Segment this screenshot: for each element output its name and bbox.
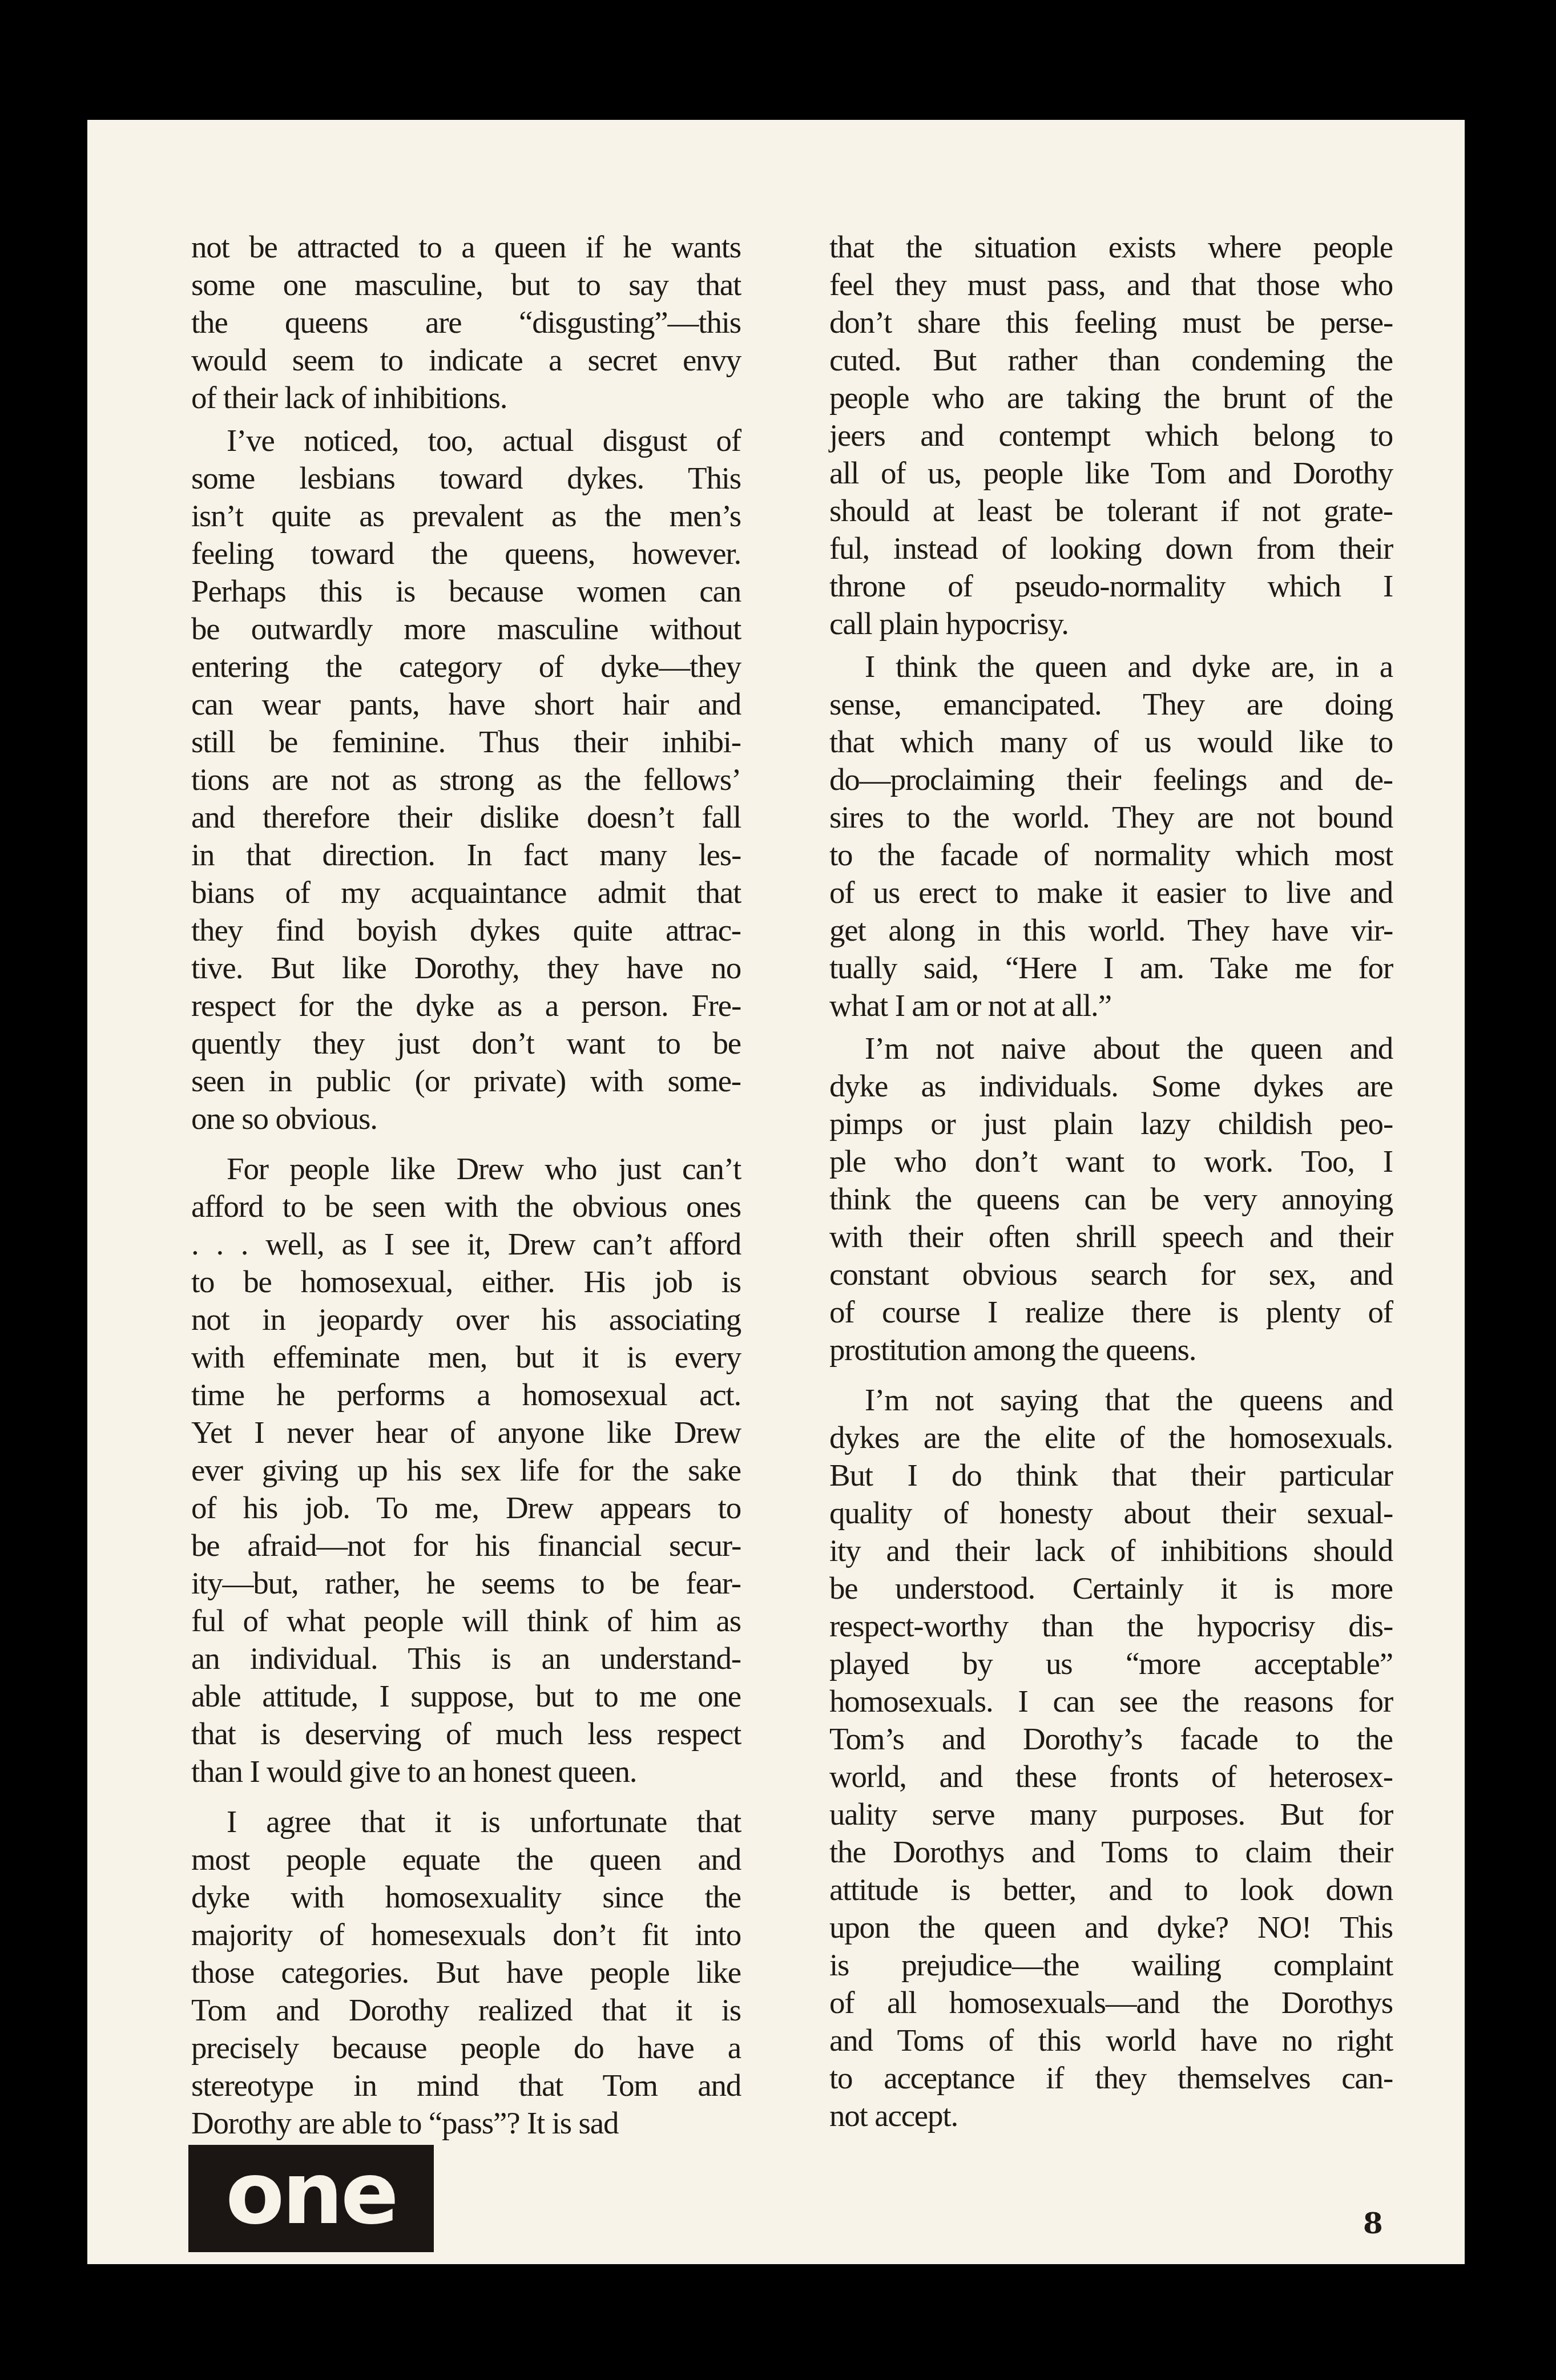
text-line: sires to the world. They are not bound — [829, 798, 1393, 836]
text-line: upon the queen and dyke? NO! This — [829, 1909, 1393, 1946]
paragraph: I’m not saying that the queens anddykes … — [829, 1381, 1393, 2135]
text-line: most people equate the queen and — [191, 1841, 741, 1878]
text-line: than I would give to an honest queen. — [191, 1753, 741, 1790]
text-line: bians of my acquaintance admit that — [191, 874, 741, 911]
text-line: Yet I never hear of anyone like Drew — [191, 1414, 741, 1451]
text-line: ful of what people will think of him as — [191, 1602, 741, 1640]
text-line: ity—but, rather, he seems to be fear- — [191, 1564, 741, 1602]
text-line: cuted. But rather than condeming the — [829, 341, 1393, 379]
text-line: prostitution among the queens. — [829, 1331, 1393, 1369]
text-line: what I am or not at all.” — [829, 987, 1393, 1024]
text-line: entering the category of dyke—they — [191, 648, 741, 685]
text-line: tions are not as strong as the fellows’ — [191, 761, 741, 798]
text-line: feeling toward the queens, however. — [191, 535, 741, 572]
text-line: Tom and Dorothy realized that it is — [191, 1991, 741, 2029]
paragraph: that the situation exists where peoplefe… — [829, 228, 1393, 643]
text-line: attitude is better, and to look down — [829, 1871, 1393, 1909]
text-line: pimps or just plain lazy childish peo- — [829, 1105, 1393, 1143]
paragraph: I agree that it is unfortunate thatmost … — [191, 1803, 741, 2142]
text-line: seen in public (or private) with some- — [191, 1062, 741, 1100]
text-line: ever giving up his sex life for the sake — [191, 1451, 741, 1489]
text-line: Dorothy are able to “pass”? It is sad — [191, 2104, 741, 2142]
text-line: world, and these fronts of heterosex- — [829, 1758, 1393, 1796]
paragraph: I’m not naive about the queen anddyke as… — [829, 1030, 1393, 1369]
text-line: that the situation exists where people — [829, 228, 1393, 266]
text-line: of their lack of inhibitions. — [191, 379, 741, 417]
paragraph: For people like Drew who just can’taffor… — [191, 1150, 741, 1790]
text-line: jeers and contempt which belong to — [829, 417, 1393, 454]
text-line: can wear pants, have short hair and — [191, 685, 741, 723]
text-line: still be feminine. Thus their inhibi- — [191, 723, 741, 761]
right-text-column: that the situation exists where peoplefe… — [829, 228, 1393, 2135]
text-line: respect for the dyke as a person. Fre- — [191, 987, 741, 1024]
text-line: I’m not saying that the queens and — [829, 1381, 1393, 1419]
text-line: not be attracted to a queen if he wants — [191, 228, 741, 266]
text-line: . . . well, as I see it, Drew can’t affo… — [191, 1225, 741, 1263]
text-line: people who are taking the brunt of the — [829, 379, 1393, 417]
text-line: ity and their lack of inhibitions should — [829, 1532, 1393, 1570]
text-line: I’ve noticed, too, actual disgust of — [191, 422, 741, 459]
text-line: and therefore their dislike doesn’t fall — [191, 798, 741, 836]
text-line: not in jeopardy over his associating — [191, 1301, 741, 1338]
text-line: I’m not naive about the queen and — [829, 1030, 1393, 1067]
text-line: tive. But like Dorothy, they have no — [191, 949, 741, 987]
text-line: would seem to indicate a secret envy — [191, 341, 741, 379]
text-line: an individual. This is an understand- — [191, 1640, 741, 1677]
text-line: some one masculine, but to say that — [191, 266, 741, 304]
text-line: be outwardly more masculine without — [191, 610, 741, 648]
text-line: be afraid—not for his financial secur- — [191, 1527, 741, 1564]
paragraph: I think the queen and dyke are, in asens… — [829, 648, 1393, 1024]
text-line: quality of honesty about their sexual- — [829, 1494, 1393, 1532]
text-line: isn’t quite as prevalent as the men’s — [191, 497, 741, 535]
text-line: sense, emancipated. They are doing — [829, 685, 1393, 723]
text-line: do—proclaiming their feelings and de- — [829, 761, 1393, 798]
text-line: is prejudice—the wailing complaint — [829, 1946, 1393, 1984]
text-line: dyke with homosexuality since the — [191, 1878, 741, 1916]
text-line: to acceptance if they themselves can- — [829, 2059, 1393, 2097]
text-line: some lesbians toward dykes. This — [191, 459, 741, 497]
text-line: one so obvious. — [191, 1100, 741, 1137]
text-line: that which many of us would like to — [829, 723, 1393, 761]
text-line: tually said, “Here I am. Take me for — [829, 949, 1393, 987]
text-line: with their often shrill speech and their — [829, 1218, 1393, 1256]
text-line: respect-worthy than the hypocrisy dis- — [829, 1607, 1393, 1645]
text-line: those categories. But have people like — [191, 1954, 741, 1991]
logo-text: one — [225, 2151, 397, 2237]
text-line: stereotype in mind that Tom and — [191, 2067, 741, 2104]
text-line: the queens are “disgusting”—this — [191, 304, 741, 341]
text-line: able attitude, I suppose, but to me one — [191, 1677, 741, 1715]
magazine-page: not be attracted to a queen if he wantss… — [87, 120, 1465, 2264]
text-line: call plain hypocrisy. — [829, 605, 1393, 643]
text-line: played by us “more acceptable” — [829, 1645, 1393, 1683]
paragraph: not be attracted to a queen if he wantss… — [191, 228, 741, 417]
text-line: afford to be seen with the obvious ones — [191, 1188, 741, 1225]
text-line: should at least be tolerant if not grate… — [829, 492, 1393, 530]
text-line: all of us, people like Tom and Dorothy — [829, 454, 1393, 492]
text-line: with effeminate men, but it is every — [191, 1338, 741, 1376]
text-line: to be homosexual, either. His job is — [191, 1263, 741, 1301]
text-line: quently they just don’t want to be — [191, 1024, 741, 1062]
text-line: constant obvious search for sex, and — [829, 1256, 1393, 1293]
text-line: think the queens can be very annoying — [829, 1180, 1393, 1218]
text-line: of course I realize there is plenty of — [829, 1293, 1393, 1331]
text-line: uality serve many purposes. But for — [829, 1796, 1393, 1833]
text-line: of his job. To me, Drew appears to — [191, 1489, 741, 1527]
text-line: I think the queen and dyke are, in a — [829, 648, 1393, 685]
text-line: ful, instead of looking down from their — [829, 530, 1393, 567]
text-line: But I do think that their particular — [829, 1457, 1393, 1494]
text-line: in that direction. In fact many les- — [191, 836, 741, 874]
left-text-column: not be attracted to a queen if he wantss… — [191, 228, 741, 2142]
text-line: the Dorothys and Toms to claim their — [829, 1833, 1393, 1871]
text-line: dykes are the elite of the homosexuals. — [829, 1419, 1393, 1457]
text-line: feel they must pass, and that those who — [829, 266, 1393, 304]
text-line: Tom’s and Dorothy’s facade to the — [829, 1720, 1393, 1758]
text-line: precisely because people do have a — [191, 2029, 741, 2067]
text-line: time he performs a homosexual act. — [191, 1376, 741, 1414]
text-line: that is deserving of much less respect — [191, 1715, 741, 1753]
paragraph: I’ve noticed, too, actual disgust ofsome… — [191, 422, 741, 1137]
text-line: dyke as individuals. Some dykes are — [829, 1067, 1393, 1105]
text-line: Perhaps this is because women can — [191, 572, 741, 610]
text-line: homosexuals. I can see the reasons for — [829, 1683, 1393, 1720]
text-line: ple who don’t want to work. Too, I — [829, 1143, 1393, 1180]
text-line: I agree that it is unfortunate that — [191, 1803, 741, 1841]
text-line: not accept. — [829, 2097, 1393, 2135]
text-line: they find boyish dykes quite attrac- — [191, 911, 741, 949]
text-line: don’t share this feeling must be perse- — [829, 304, 1393, 341]
text-line: be understood. Certainly it is more — [829, 1570, 1393, 1607]
text-line: to the facade of normality which most — [829, 836, 1393, 874]
page-number: 8 — [1363, 2206, 1383, 2240]
text-line: and Toms of this world have no right — [829, 2022, 1393, 2059]
text-line: For people like Drew who just can’t — [191, 1150, 741, 1188]
text-line: majority of homesexuals don’t fit into — [191, 1916, 741, 1954]
one-magazine-logo-icon: one — [188, 2145, 434, 2252]
text-line: of us erect to make it easier to live an… — [829, 874, 1393, 911]
text-line: get along in this world. They have vir- — [829, 911, 1393, 949]
text-line: of all homosexuals—and the Dorothys — [829, 1984, 1393, 2022]
text-line: throne of pseudo-normality which I — [829, 567, 1393, 605]
